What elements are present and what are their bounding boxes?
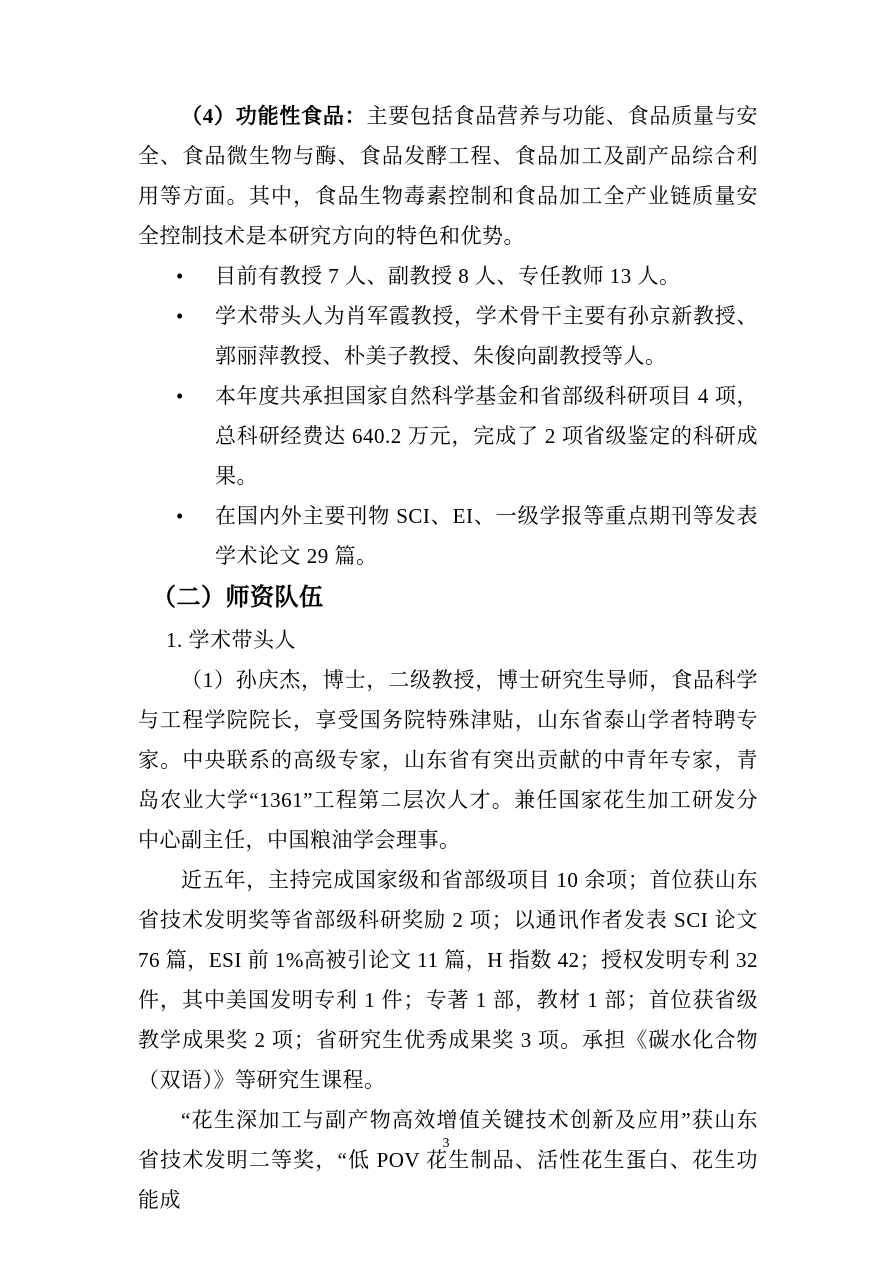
list-item: 学术带头人为肖军霞教授，学术骨干主要有孙京新教授、郭丽萍教授、朴美子教授、朱俊向… <box>138 296 758 376</box>
section-heading-faculty: （二）师资队伍 <box>152 576 758 620</box>
paragraph-achievements: 近五年，主持完成国家级和省部级项目 10 余项；首位获山东省技术发明奖等省部级科… <box>138 860 758 1100</box>
page-number: 3 <box>0 1134 892 1154</box>
paragraph-functional-food: （4）功能性食品：主要包括食品营养与功能、食品质量与安全、食品微生物与酶、食品发… <box>138 96 758 256</box>
document-page: （4）功能性食品：主要包括食品营养与功能、食品质量与安全、食品微生物与酶、食品发… <box>0 0 892 1261</box>
sub-heading-academic-leader: 1. 学术带头人 <box>166 620 758 660</box>
paragraph-awards: “花生深加工与副产物高效增值关键技术创新及应用”获山东省技术发明二等奖，“低 P… <box>138 1100 758 1220</box>
list-item: 目前有教授 7 人、副教授 8 人、专任教师 13 人。 <box>138 256 758 296</box>
list-item: 本年度共承担国家自然科学基金和省部级科研项目 4 项，总科研经费达 640.2 … <box>138 376 758 496</box>
paragraph-leader-bio: （1）孙庆杰，博士，二级教授，博士研究生导师，食品科学与工程学院院长，享受国务院… <box>138 660 758 860</box>
list-item: 在国内外主要刊物 SCI、EI、一级学报等重点期刊等发表学术论文 29 篇。 <box>138 496 758 576</box>
bullet-list: 目前有教授 7 人、副教授 8 人、专任教师 13 人。 学术带头人为肖军霞教授… <box>138 256 758 576</box>
document-body: （4）功能性食品：主要包括食品营养与功能、食品质量与安全、食品微生物与酶、食品发… <box>138 96 758 1220</box>
paragraph-lead-bold: （4）功能性食品： <box>181 104 366 128</box>
